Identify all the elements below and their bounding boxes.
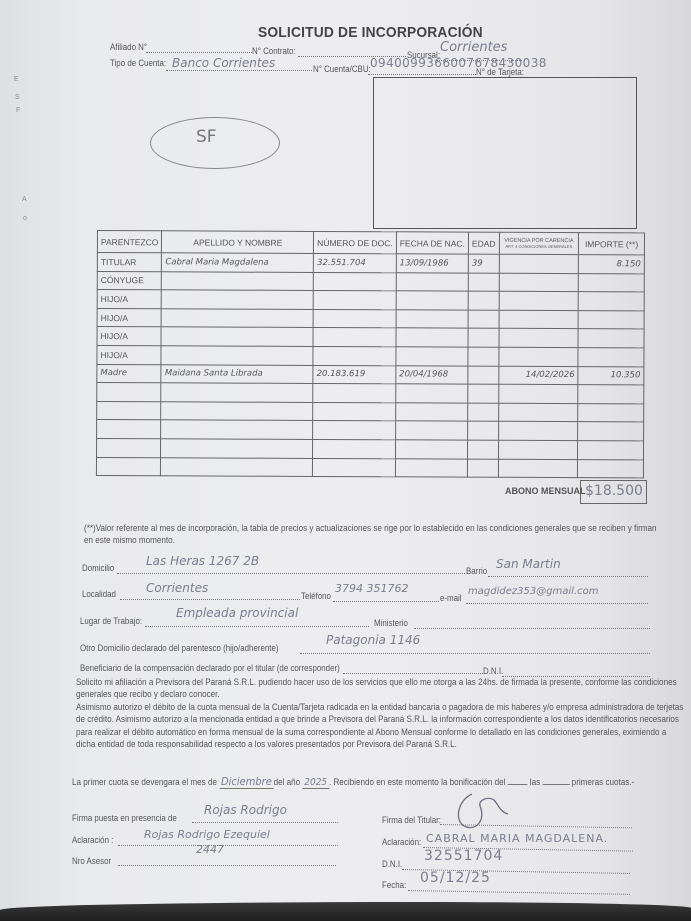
sucursal-value: Corrientes xyxy=(440,40,507,55)
header-nombre: APELLIDO Y NOMBRE xyxy=(162,231,314,254)
cell-importe[interactable] xyxy=(578,422,644,441)
cell-importe[interactable] xyxy=(578,348,644,367)
cell-nombre[interactable] xyxy=(162,290,314,309)
cuenta-cbu-label: N° Cuenta/CBU: xyxy=(313,64,371,74)
cuota-line: La primer cuota se devengara el mes de D… xyxy=(72,776,691,789)
header-importe: IMPORTE (**) xyxy=(579,233,645,255)
tipo-cuenta-field[interactable] xyxy=(166,70,312,71)
photo-edge-shadow xyxy=(0,902,691,921)
cell-nombre[interactable] xyxy=(161,346,313,365)
dni-value: 32551704 xyxy=(424,848,503,864)
aclaracion-left-field[interactable] xyxy=(118,845,338,846)
cuota-suffix: primeras cuotas.- xyxy=(572,777,635,787)
cell-nac[interactable]: 13/09/1986 xyxy=(396,254,468,273)
cell-parentezco[interactable]: HIJO/A xyxy=(97,345,162,364)
beneficiario-label: Beneficiario de la compensación declarad… xyxy=(80,663,340,673)
localidad-value: Corrientes xyxy=(146,581,208,595)
cell-vigencia[interactable] xyxy=(498,384,578,403)
cell-parentezco[interactable] xyxy=(96,457,161,476)
trabajo-field[interactable] xyxy=(145,626,369,627)
cuenta-cbu-field[interactable] xyxy=(368,74,476,75)
fecha-value: 05/12/25 xyxy=(420,870,491,886)
telefono-label: Teléfono xyxy=(301,591,331,601)
cell-nombre[interactable] xyxy=(162,309,314,328)
cell-parentezco[interactable] xyxy=(97,438,162,457)
cell-vigencia[interactable] xyxy=(498,422,578,441)
otro-domicilio-field[interactable] xyxy=(300,653,650,654)
cell-nombre[interactable] xyxy=(161,420,313,439)
firma-presencia-label: Firma puesta en presencia de xyxy=(72,813,177,823)
table-row: HIJO/A xyxy=(97,327,644,348)
cell-importe[interactable]: 10.350 xyxy=(578,366,644,385)
table-row xyxy=(97,401,644,422)
table-row xyxy=(97,438,644,459)
cell-nombre[interactable]: Maidana Santa Librada xyxy=(161,364,313,383)
afiliado-field[interactable] xyxy=(146,52,252,53)
cell-doc[interactable] xyxy=(313,421,396,440)
footnote: (**)Valor referente al mes de incorporac… xyxy=(84,522,660,547)
telefono-field[interactable] xyxy=(333,601,439,602)
cell-nac[interactable] xyxy=(395,458,467,477)
cell-nac[interactable] xyxy=(396,328,468,347)
cell-nombre[interactable] xyxy=(161,383,313,402)
margin-mark: F xyxy=(16,107,20,114)
cell-edad[interactable] xyxy=(468,328,499,347)
margin-mark: E xyxy=(14,76,19,83)
cell-vigencia[interactable] xyxy=(499,310,579,329)
domicilio-value: Las Heras 1267 2B xyxy=(146,554,259,568)
cell-doc[interactable] xyxy=(313,346,396,365)
header-fecha-nac: FECHA DE NAC. xyxy=(396,232,468,254)
asesor-label: Nro Asesor xyxy=(72,856,111,866)
header-vigencia-sub: ART. 4 CONDICIONES GENERALES xyxy=(503,243,576,249)
table-row xyxy=(97,420,644,441)
cell-vigencia[interactable]: 14/02/2026 xyxy=(498,366,578,385)
email-label: e-mail xyxy=(440,593,462,603)
aclaracion-right-value: CABRAL MARIA MAGDALENA. xyxy=(426,832,608,845)
table-row: MadreMaidana Santa Librada20.183.61920/0… xyxy=(97,364,644,385)
trabajo-value: Empleada provincial xyxy=(176,606,298,620)
cell-doc[interactable] xyxy=(313,439,396,458)
beneficiario-field[interactable] xyxy=(343,673,483,674)
cell-nombre[interactable] xyxy=(161,327,313,346)
barrio-value: San Martin xyxy=(496,557,561,571)
otro-domicilio-label: Otro Domicilio declarado del parentesco … xyxy=(80,643,279,653)
cell-importe[interactable] xyxy=(578,310,644,329)
cell-vigencia[interactable] xyxy=(499,273,579,292)
cell-importe[interactable] xyxy=(578,385,644,404)
cell-edad[interactable] xyxy=(468,273,499,292)
titular-signature-mark xyxy=(450,786,520,836)
cell-doc[interactable] xyxy=(313,291,396,310)
cell-edad[interactable] xyxy=(468,421,499,440)
firma-presencia-field[interactable] xyxy=(192,822,338,823)
cell-nac[interactable] xyxy=(396,384,468,403)
otro-domicilio-value: Patagonia 1146 xyxy=(326,633,420,647)
table-row: HIJO/A xyxy=(97,345,644,366)
cell-doc[interactable]: 20.183.619 xyxy=(313,365,396,384)
cell-importe[interactable] xyxy=(578,329,644,348)
cell-vigencia[interactable] xyxy=(499,329,579,348)
cell-edad[interactable] xyxy=(468,440,499,459)
cell-vigencia[interactable] xyxy=(499,254,579,273)
cell-nac[interactable] xyxy=(395,421,467,440)
firma-titular-label: Firma del Titular: xyxy=(382,815,441,825)
cell-nombre[interactable]: Cabral Maria Magdalena xyxy=(162,253,314,272)
domicilio-field[interactable] xyxy=(117,573,465,574)
table-header-row: PARENTEZCO APELLIDO Y NOMBRE NÚMERO DE D… xyxy=(97,231,644,255)
header-vigencia-title: VIGENCIA POR CARENCIA xyxy=(503,237,576,243)
cell-parentezco[interactable] xyxy=(97,383,162,402)
cell-nac[interactable] xyxy=(396,347,468,366)
cell-importe[interactable]: 8.150 xyxy=(579,255,645,274)
cell-edad[interactable] xyxy=(468,310,499,329)
cell-nombre[interactable] xyxy=(162,271,314,290)
table-row xyxy=(97,383,644,404)
asesor-field[interactable] xyxy=(118,865,336,866)
margin-mark: o xyxy=(23,215,27,222)
firma-presencia-value: Rojas Rodrigo xyxy=(204,803,287,817)
cell-nombre[interactable] xyxy=(161,457,313,476)
tarjeta-label: N° de Tarjeta: xyxy=(476,67,524,77)
cell-parentezco[interactable]: HIJO/A xyxy=(97,327,162,346)
cell-vigencia[interactable] xyxy=(499,291,579,310)
table-row: CÓNYUGE xyxy=(97,271,644,292)
cell-importe[interactable] xyxy=(578,459,644,478)
ministerio-field[interactable] xyxy=(414,628,650,629)
cuota-anio-label: del año xyxy=(274,777,301,787)
email-value: magdidez353@gmail.com xyxy=(468,586,599,597)
tipo-cuenta-label: Tipo de Cuenta: xyxy=(110,58,166,68)
cell-parentezco[interactable] xyxy=(97,420,162,439)
margin-mark: A xyxy=(22,196,27,203)
cuota-mes-value[interactable]: Diciembre xyxy=(219,775,273,789)
table-row: TITULARCabral Maria Magdalena32.551.7041… xyxy=(97,253,644,274)
cell-importe[interactable] xyxy=(578,441,644,460)
cell-vigencia[interactable] xyxy=(498,459,578,478)
cell-nac[interactable]: 20/04/1968 xyxy=(396,365,468,384)
legal-affiliation-text: Solicito mi afiliación a Previsora del P… xyxy=(76,676,681,701)
barrio-field[interactable] xyxy=(488,576,648,577)
cell-doc[interactable]: 32.551.704 xyxy=(314,253,397,272)
fecha-label: Fecha: xyxy=(382,880,406,890)
cell-vigencia[interactable] xyxy=(499,347,579,366)
barrio-label: Barrio xyxy=(466,566,487,576)
trabajo-label: Lugar de Trabajo: xyxy=(80,616,142,626)
aclaracion-right-label: Aclaración: xyxy=(382,837,421,847)
domicilio-label: Domicilio xyxy=(82,563,114,573)
aclaracion-left-label: Aclaración : xyxy=(72,835,113,845)
localidad-field[interactable] xyxy=(120,599,300,600)
cell-vigencia[interactable] xyxy=(498,403,578,422)
abono-label: ABONO MENSUAL xyxy=(505,486,586,496)
cell-doc[interactable] xyxy=(313,402,396,421)
cell-edad[interactable] xyxy=(468,384,499,403)
table-row: HIJO/A xyxy=(97,290,644,311)
aclaracion-left-value: Rojas Rodrigo Ezequiel xyxy=(144,828,270,841)
cell-vigencia[interactable] xyxy=(498,440,578,459)
cell-nac[interactable] xyxy=(395,403,467,422)
legal-debit-text: Asimismo autorizo el débito de la cuota … xyxy=(76,701,684,750)
cell-parentezco[interactable]: HIJO/A xyxy=(97,308,162,327)
cell-doc[interactable] xyxy=(313,309,396,328)
cell-edad[interactable]: 39 xyxy=(468,254,499,273)
cell-parentezco[interactable]: HIJO/A xyxy=(97,290,162,309)
cell-edad[interactable] xyxy=(468,347,499,366)
afiliado-label: Afiliado N° xyxy=(110,42,147,52)
photo-box xyxy=(373,77,637,229)
beneficiario-dni-label: D.N.I. xyxy=(483,666,503,676)
cell-doc[interactable] xyxy=(313,458,396,477)
contrato-label: N° Contrato: xyxy=(252,46,296,56)
cell-edad[interactable] xyxy=(468,366,499,385)
cell-edad[interactable] xyxy=(467,459,498,478)
cell-doc[interactable] xyxy=(313,272,396,291)
cuota-prefix: La primer cuota se devengara el mes de xyxy=(72,777,217,787)
cell-edad[interactable] xyxy=(468,403,499,422)
cell-parentezco[interactable]: Madre xyxy=(97,364,162,383)
annotation-text: SF xyxy=(196,127,217,147)
cell-nac[interactable] xyxy=(396,291,468,310)
cell-doc[interactable] xyxy=(313,328,396,347)
header-vigencia: VIGENCIA POR CARENCIAART. 4 CONDICIONES … xyxy=(499,232,579,254)
table-row: HIJO/A xyxy=(97,308,644,329)
localidad-label: Localidad xyxy=(82,589,116,599)
cell-parentezco[interactable] xyxy=(97,401,162,420)
telefono-value: 3794 351762 xyxy=(335,582,408,595)
cuota-las-label: las xyxy=(530,777,540,787)
tipo-cuenta-value: Banco Corrientes xyxy=(172,56,275,70)
table-row xyxy=(96,457,643,478)
bonificacion-field[interactable] xyxy=(508,784,528,785)
dni-label: D.N.I. xyxy=(382,859,402,869)
header-doc: NÚMERO DE DOC. xyxy=(314,231,397,253)
cell-nac[interactable] xyxy=(396,272,468,291)
ministerio-label: Ministerio xyxy=(374,618,408,628)
las-field[interactable] xyxy=(542,784,569,785)
members-table: PARENTEZCO APELLIDO Y NOMBRE NÚMERO DE D… xyxy=(96,230,645,479)
cell-doc[interactable] xyxy=(313,384,396,403)
cell-nac[interactable] xyxy=(395,440,467,459)
header-edad: EDAD xyxy=(468,232,499,254)
margin-mark: S xyxy=(15,94,20,101)
cell-parentezco[interactable]: CÓNYUGE xyxy=(97,271,162,290)
abono-value: $18.500 xyxy=(585,483,643,499)
email-field[interactable] xyxy=(466,603,648,604)
cell-nombre[interactable] xyxy=(161,402,313,421)
header-parentezco: PARENTEZCO xyxy=(97,231,162,253)
form-title: SOLICITUD DE INCORPORACIÓN xyxy=(258,24,483,41)
cell-importe[interactable] xyxy=(578,403,644,422)
cell-parentezco[interactable]: TITULAR xyxy=(97,253,162,272)
cell-importe[interactable] xyxy=(578,292,644,311)
cell-importe[interactable] xyxy=(579,273,645,292)
cell-nac[interactable] xyxy=(396,310,468,329)
cuota-anio-value[interactable]: 2025 xyxy=(302,777,329,789)
cell-nombre[interactable] xyxy=(161,439,313,458)
cell-edad[interactable] xyxy=(468,291,499,310)
asesor-value: 2447 xyxy=(196,843,224,856)
